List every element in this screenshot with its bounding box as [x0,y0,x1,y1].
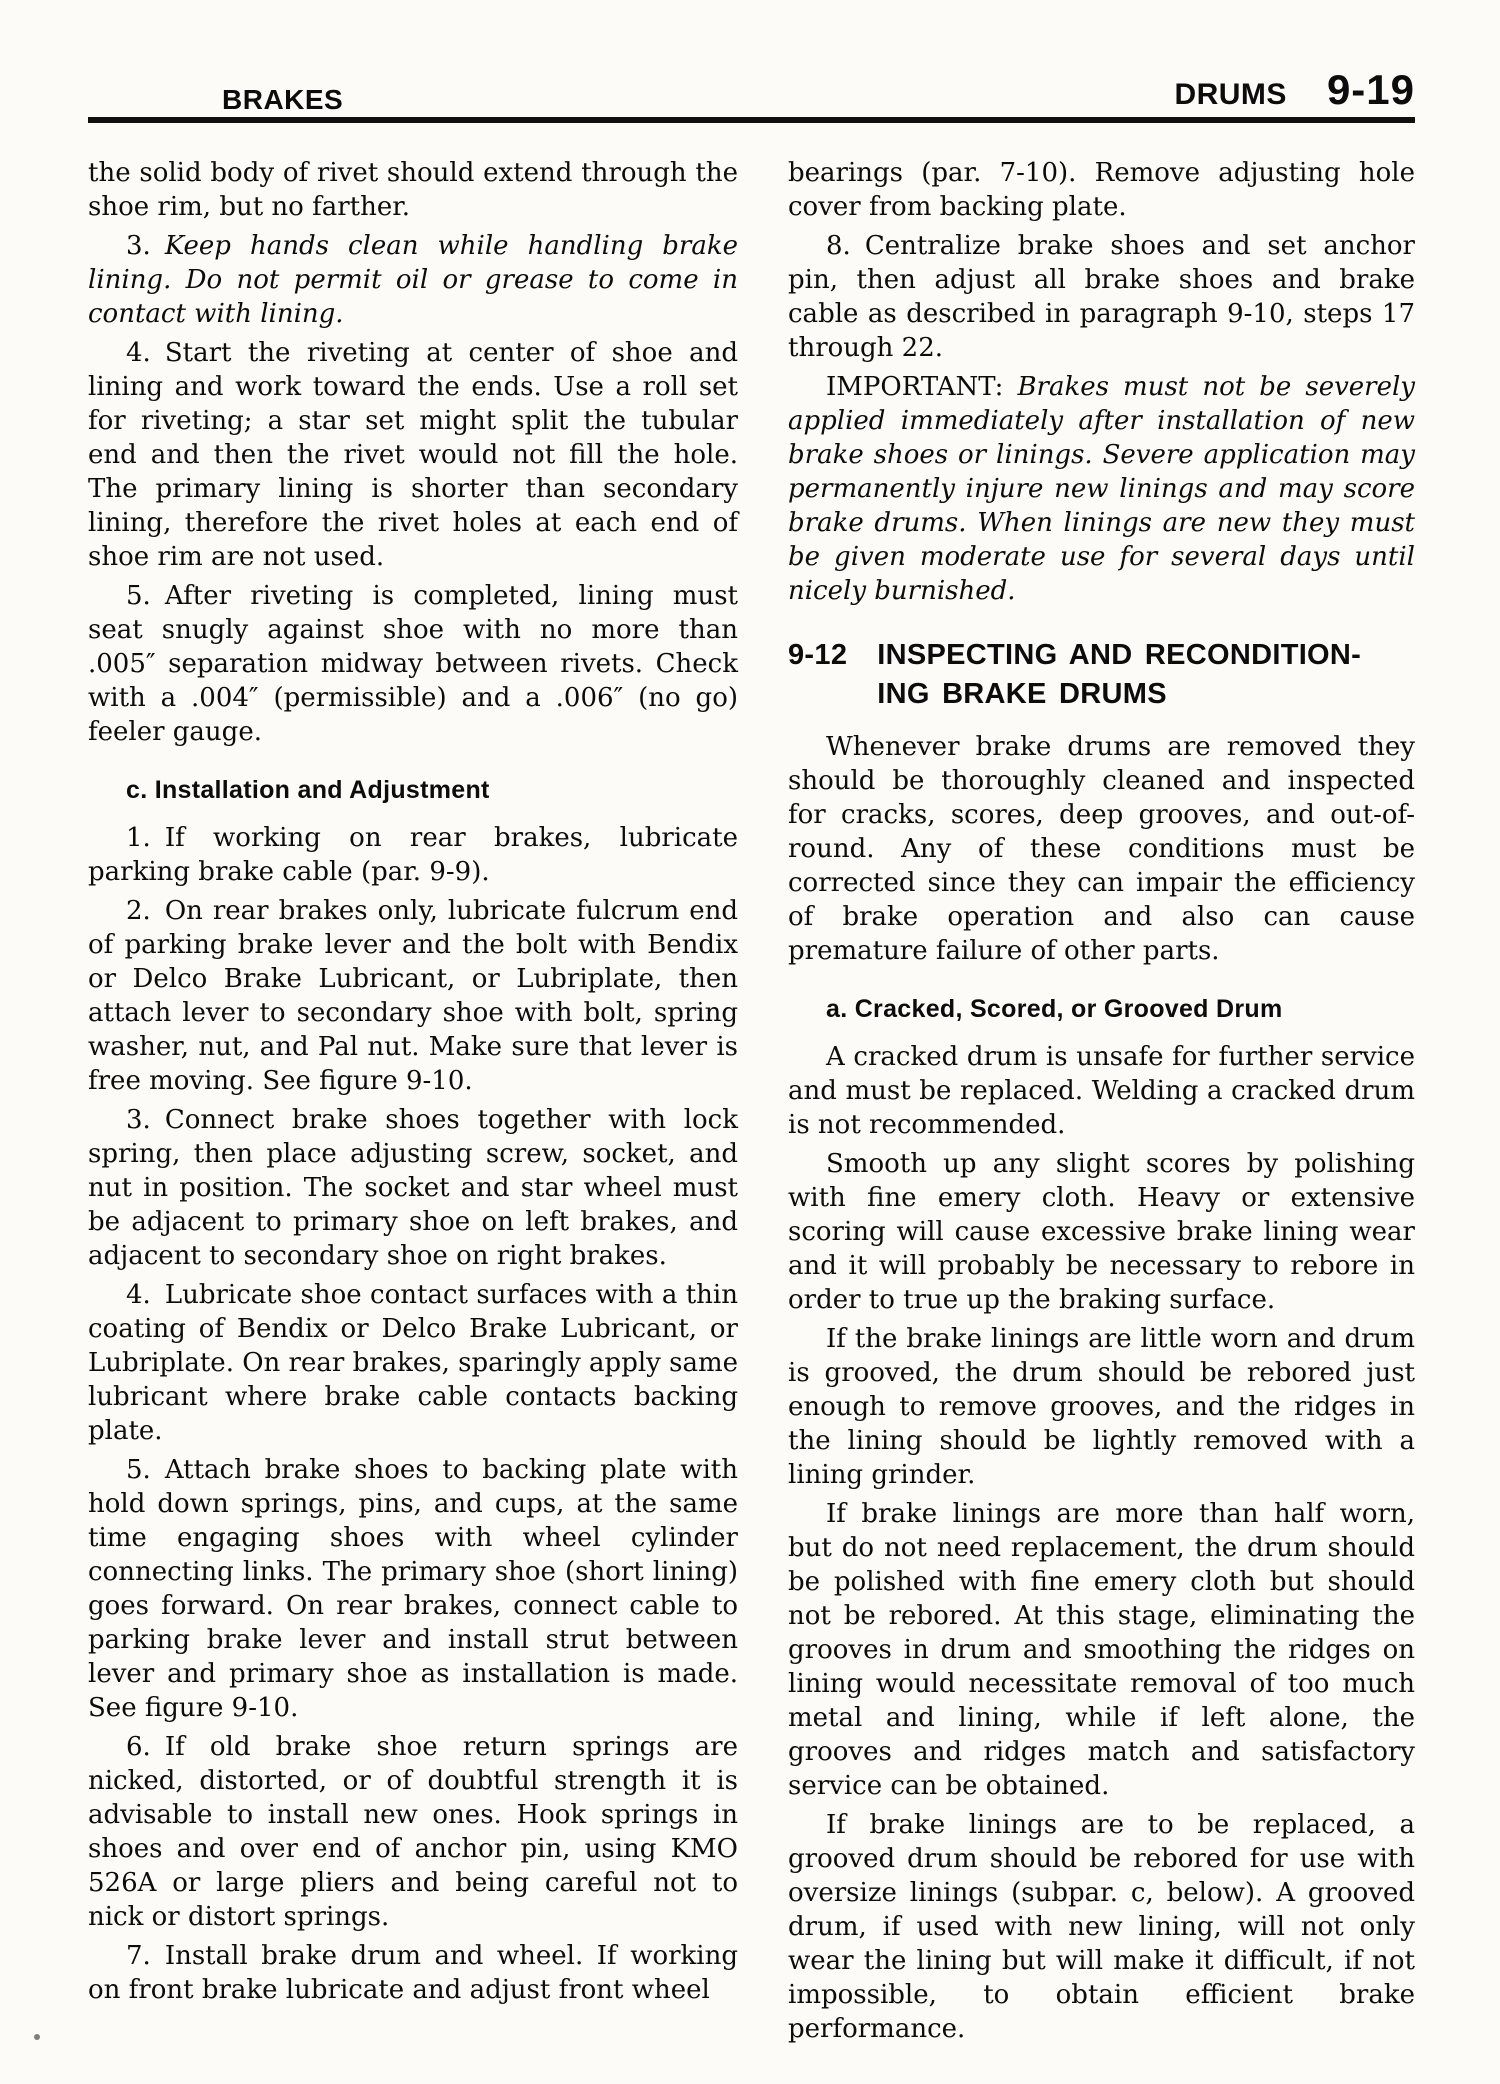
paragraph-text: the solid body of rivet should extend th… [88,158,738,222]
paragraph-prefix: 6. [126,1732,151,1762]
manual-page: BRAKES DRUMS 9-19 the solid body of rive… [0,0,1500,2084]
subheading: a. Cracked, Scored, or Grooved Drum [826,992,1415,1026]
paragraph-text: Start the riveting at center of shoe and… [88,338,738,572]
paragraph: bearings (par. 7-10). Remove adjusting h… [788,156,1415,224]
paragraph: 3.Keep hands clean while handling brake … [88,229,738,331]
paragraph-text: A cracked drum is unsafe for further ser… [788,1042,1415,1140]
paragraph-text: bearings (par. 7-10). Remove adjusting h… [788,158,1415,222]
paragraph-prefix: 3. [126,1105,151,1135]
paragraph-text: Keep hands clean while handling brake li… [88,231,738,329]
paragraph-text: If old brake shoe return springs are nic… [88,1732,738,1932]
paragraph-text: Connect brake shoes together with lock s… [88,1105,738,1271]
paragraph: If the brake linings are little worn and… [788,1322,1415,1492]
paragraph: 8.Centralize brake shoes and set anchor … [788,229,1415,365]
paragraph-text: Smooth up any slight scores by polishing… [788,1149,1415,1315]
paragraph-text: If brake linings are more than half worn… [788,1499,1415,1801]
paragraph-prefix: 5. [126,1455,151,1485]
paragraph-text: Lubricate shoe contact surfaces with a t… [88,1280,738,1446]
section-heading: 9-12INSPECTING AND RECONDITION-ING BRAKE… [788,636,1415,714]
paragraph-text: Attach brake shoes to backing plate with… [88,1455,738,1723]
paragraph: 5.After riveting is completed, lining mu… [88,579,738,749]
paragraph-text: Install brake drum and wheel. If working… [88,1941,738,2005]
paragraph-prefix: 3. [126,231,151,261]
scan-speck-artifact [34,2034,40,2040]
paragraph: 3.Connect brake shoes together with lock… [88,1103,738,1273]
paragraph: 4.Lubricate shoe contact surfaces with a… [88,1278,738,1448]
paragraph-text: Whenever brake drums are removed they sh… [788,732,1415,966]
subheading: c. Installation and Adjustment [126,773,738,807]
right-column: bearings (par. 7-10). Remove adjusting h… [788,156,1415,2051]
page-number: 9-19 [1327,66,1415,114]
paragraph: A cracked drum is unsafe for further ser… [788,1040,1415,1142]
paragraph-prefix: 1. [126,823,151,853]
paragraph: Smooth up any slight scores by polishing… [788,1147,1415,1317]
paragraph-prefix: 2. [126,896,151,926]
paragraph: the solid body of rivet should extend th… [88,156,738,224]
running-header-topic: DRUMS [1174,78,1287,112]
paragraph-prefix: 4. [126,1280,151,1310]
paragraph-text: If brake linings are to be replaced, a g… [788,1810,1415,2044]
left-column: the solid body of rivet should extend th… [88,156,738,2012]
paragraph: 6.If old brake shoe return springs are n… [88,1730,738,1934]
paragraph-prefix: 7. [126,1941,151,1971]
running-header-section-title: BRAKES [222,84,343,116]
section-number: 9-12 [788,636,847,714]
paragraph: 2.On rear brakes only, lubricate fulcrum… [88,894,738,1098]
paragraph: 1.If working on rear brakes, lubricate p… [88,821,738,889]
paragraph: 4.Start the riveting at center of shoe a… [88,336,738,574]
paragraph: If brake linings are more than half worn… [788,1497,1415,1803]
paragraph-prefix: IMPORTANT: [826,372,1003,402]
paragraph-text: On rear brakes only, lubricate fulcrum e… [88,896,738,1096]
paragraph-text: Brakes must not be severely applied imme… [788,372,1415,606]
paragraph-text: If the brake linings are little worn and… [788,1324,1415,1490]
section-title: INSPECTING AND RECONDITION-ING BRAKE DRU… [877,636,1415,714]
paragraph: Whenever brake drums are removed they sh… [788,730,1415,968]
paragraph: 5.Attach brake shoes to backing plate wi… [88,1453,738,1725]
paragraph: IMPORTANT:Brakes must not be severely ap… [788,370,1415,608]
paragraph-text: Centralize brake shoes and set anchor pi… [788,231,1415,363]
paragraph-text: If working on rear brakes, lubricate par… [88,823,738,887]
header-rule [88,117,1415,123]
paragraph-prefix: 8. [826,231,851,261]
paragraph-prefix: 5. [126,581,151,611]
paragraph-text: After riveting is completed, lining must… [88,581,738,747]
running-header-right: DRUMS 9-19 [1174,66,1415,114]
paragraph-prefix: 4. [126,338,151,368]
paragraph: 7.Install brake drum and wheel. If worki… [88,1939,738,2007]
paragraph: If brake linings are to be replaced, a g… [788,1808,1415,2046]
